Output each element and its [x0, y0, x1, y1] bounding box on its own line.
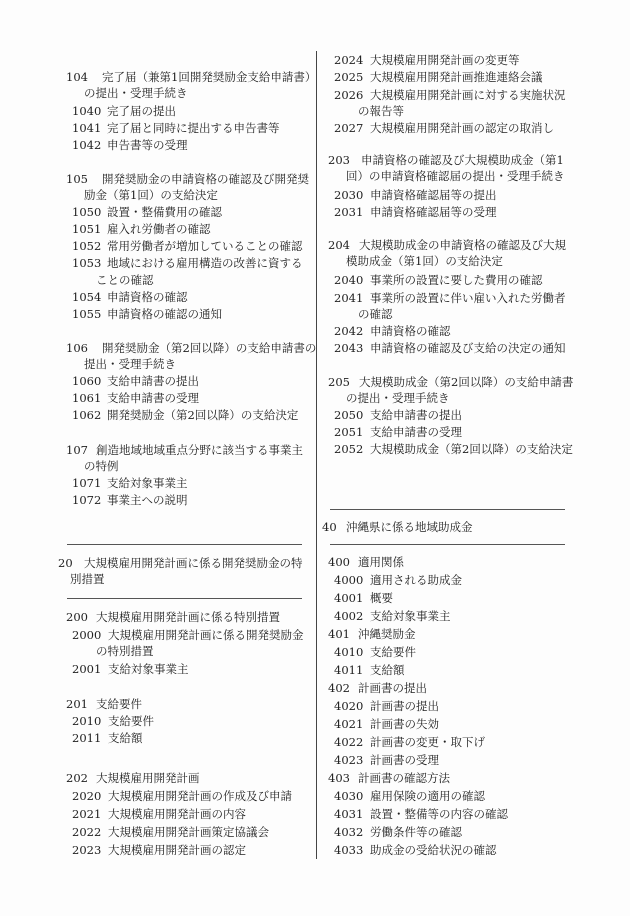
toc-item-2052[interactable]: 2052大規模助成金（第2回以降）の支給決定 [334, 441, 573, 457]
toc-item-2021[interactable]: 2021大規模雇用開発計画の内容 [72, 806, 246, 822]
toc-item-2051[interactable]: 2051支給申請書の受理 [334, 424, 462, 440]
toc-item-1052[interactable]: 1052常用労働者が増加していることの確認 [72, 238, 303, 254]
toc-item-1050[interactable]: 1050設置・整備費用の確認 [72, 204, 222, 220]
toc-item-2020[interactable]: 2020大規模雇用開発計画の作成及び申請 [72, 788, 292, 804]
toc-item-4030[interactable]: 4030雇用保険の適用の確認 [334, 788, 485, 804]
toc-item-4022[interactable]: 4022計画書の変更・取下げ [334, 734, 485, 750]
toc-item-1055[interactable]: 1055申請資格の確認の通知 [72, 306, 222, 322]
toc-section-104[interactable]: 104完了届（兼第1回開発奨励金支給申請書） [66, 69, 316, 85]
toc-item-2025[interactable]: 2025大規模雇用開発計画推進連絡会議 [334, 69, 543, 85]
toc-item-4032[interactable]: 4032労働条件等の確認 [334, 824, 462, 840]
toc-item-1042[interactable]: 1042申告書等の受理 [72, 137, 188, 153]
toc-item-2010[interactable]: 2010支給要件 [72, 713, 154, 729]
toc-chapter-20[interactable]: 20大規模雇用開発計画に係る開発奨励金の特 [58, 555, 303, 571]
toc-section-107[interactable]: 107創造地域地域重点分野に該当する事業主 [66, 442, 303, 458]
toc-section-105-cont: 励金（第1回）の支給決定 [84, 187, 218, 203]
toc-item-1041[interactable]: 1041完了届と同時に提出する申告書等 [72, 120, 280, 136]
toc-item-1072[interactable]: 1072事業主への説明 [72, 492, 188, 508]
toc-section-203-cont: 回）の申請資格確認届の提出・受理手続き [346, 168, 565, 184]
toc-item-4000[interactable]: 4000適用される助成金 [334, 572, 462, 588]
toc-item-4010[interactable]: 4010支給要件 [334, 644, 416, 660]
toc-section-400[interactable]: 400適用関係 [328, 554, 404, 570]
toc-section-203[interactable]: 203申請資格の確認及び大規模助成金（第1 [328, 152, 564, 168]
toc-section-403[interactable]: 403計画書の確認方法 [328, 770, 450, 786]
column-divider [316, 51, 317, 859]
toc-section-106-cont: 提出・受理手続き [84, 356, 176, 372]
toc-item-4002[interactable]: 4002支給対象事業主 [334, 608, 451, 624]
toc-section-205[interactable]: 205大規模助成金（第2回以降）の支給申請書 [328, 374, 573, 390]
toc-item-4033[interactable]: 4033助成金の受給状況の確認 [334, 842, 497, 858]
toc-item-2041-cont: の確認 [358, 306, 393, 322]
chapter-20-rule-bottom [67, 598, 302, 599]
toc-item-2024[interactable]: 2024大規模雇用開発計画の変更等 [334, 52, 520, 68]
toc-item-1071[interactable]: 1071支給対象事業主 [72, 475, 188, 491]
chapter-20-rule-top [67, 544, 302, 545]
toc-item-1054[interactable]: 1054申請資格の確認 [72, 289, 188, 305]
toc-item-2042[interactable]: 2042申請資格の確認 [334, 323, 451, 339]
toc-item-2026-cont: の報告等 [358, 103, 404, 119]
toc-item-2043[interactable]: 2043申請資格の確認及び支給の決定の通知 [334, 340, 566, 356]
toc-item-2030[interactable]: 2030申請資格確認届等の提出 [334, 187, 497, 203]
document-page: 104完了届（兼第1回開発奨励金支給申請書） の提出・受理手続き 1040完了届… [0, 0, 630, 916]
toc-item-2011[interactable]: 2011支給額 [72, 730, 143, 746]
toc-item-1062[interactable]: 1062開発奨励金（第2回以降）の支給決定 [72, 407, 298, 423]
toc-section-106[interactable]: 106開発奨励金（第2回以降）の支給申請書の [66, 340, 316, 356]
toc-item-2023[interactable]: 2023大規模雇用開発計画の認定 [72, 842, 246, 858]
toc-item-2026[interactable]: 2026大規模雇用開発計画に対する実施状況 [334, 87, 566, 103]
toc-item-2000-cont: の特別措置 [96, 643, 154, 659]
toc-item-1040[interactable]: 1040完了届の提出 [72, 103, 176, 119]
toc-section-204-cont: 模助成金（第1回）の支給決定 [346, 253, 503, 269]
toc-section-402[interactable]: 402計画書の提出 [328, 680, 427, 696]
toc-section-200[interactable]: 200大規模雇用開発計画に係る特別措置 [66, 609, 280, 625]
toc-chapter-20-cont: 別措置 [70, 571, 105, 587]
toc-item-2000[interactable]: 2000大規模雇用開発計画に係る開発奨励金 [72, 627, 304, 643]
toc-item-1060[interactable]: 1060支給申請書の提出 [72, 373, 199, 389]
toc-section-201[interactable]: 201支給要件 [66, 696, 142, 712]
toc-item-2001[interactable]: 2001支給対象事業主 [72, 661, 189, 677]
toc-item-1053[interactable]: 1053地域における雇用構造の改善に資する [72, 255, 303, 271]
toc-item-4020[interactable]: 4020計画書の提出 [334, 698, 439, 714]
toc-section-204[interactable]: 204大規模助成金の申請資格の確認及び大規 [328, 237, 566, 253]
toc-item-1051[interactable]: 1051雇入れ労働者の確認 [72, 221, 211, 237]
toc-section-107-cont: の特例 [84, 458, 119, 474]
toc-item-2022[interactable]: 2022大規模雇用開発計画策定協議会 [72, 824, 269, 840]
toc-section-205-cont: の提出・受理手続き [346, 390, 450, 406]
toc-section-202[interactable]: 202大規模雇用開発計画 [66, 770, 200, 786]
toc-item-2031[interactable]: 2031申請資格確認届等の受理 [334, 204, 497, 220]
toc-item-4001[interactable]: 4001概要 [334, 590, 393, 606]
toc-item-4011[interactable]: 4011支給額 [334, 662, 405, 678]
toc-item-4031[interactable]: 4031設置・整備等の内容の確認 [334, 806, 508, 822]
toc-item-2040[interactable]: 2040事業所の設置に要した費用の確認 [334, 272, 543, 288]
toc-item-2041[interactable]: 2041事業所の設置に伴い雇い入れた労働者 [334, 290, 566, 306]
toc-item-1053-cont: ことの確認 [96, 272, 154, 288]
toc-item-4023[interactable]: 4023計画書の受理 [334, 752, 439, 768]
toc-section-104-cont: の提出・受理手続き [84, 85, 188, 101]
toc-section-105[interactable]: 105開発奨励金の申請資格の確認及び開発奨 [66, 171, 309, 187]
toc-item-1061[interactable]: 1061支給申請書の受理 [72, 390, 199, 406]
chapter-40-rule-bottom [330, 544, 565, 545]
toc-item-2050[interactable]: 2050支給申請書の提出 [334, 407, 462, 423]
chapter-40-rule-top [330, 509, 565, 510]
toc-item-2027[interactable]: 2027大規模雇用開発計画の認定の取消し [334, 120, 554, 136]
toc-chapter-40[interactable]: 40沖縄県に係る地域助成金 [322, 519, 473, 535]
toc-item-4021[interactable]: 4021計画書の失効 [334, 716, 439, 732]
toc-section-401[interactable]: 401沖縄奨励金 [328, 626, 416, 642]
